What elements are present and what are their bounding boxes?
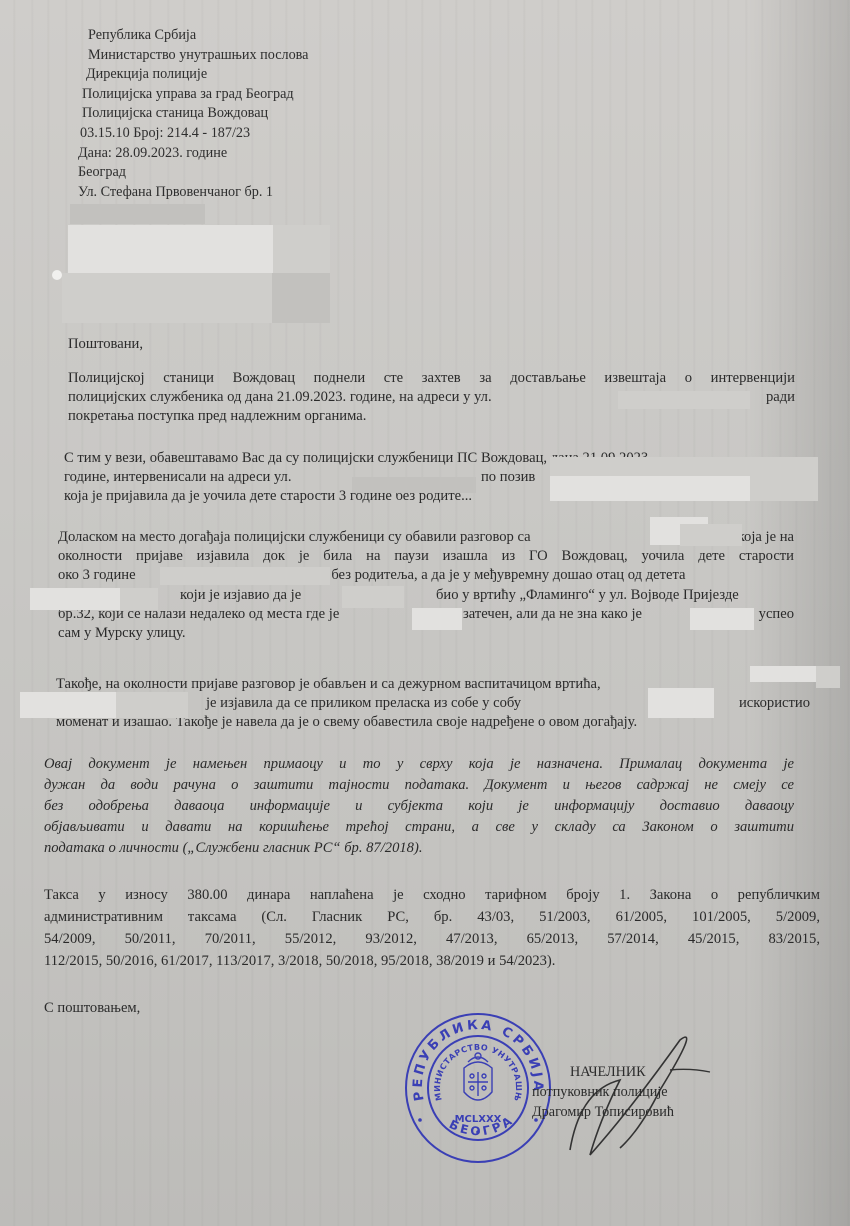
stamp-numeral: MCLXXX [455, 1114, 502, 1125]
letterhead-city: Београд [78, 163, 308, 183]
closing: С поштовањем, [44, 1000, 140, 1017]
fee-paragraph: Такса у износу 380.00 динара наплаћена ј… [44, 884, 820, 972]
privacy-notice: Овај документ је намењен примаоцу и то у… [44, 754, 794, 859]
letterhead-line: Дирекција полиције [78, 65, 308, 85]
letterhead-line: Полицијска управа за град Београд [78, 85, 308, 105]
signature-block: НАЧЕЛНИК потпуковник полиције Драгомир Т… [532, 1062, 674, 1122]
letterhead-line: Министарство унутрашњих послова [78, 46, 308, 66]
salutation: Поштовани, [68, 336, 143, 353]
letterhead: Република Србија Министарство унутрашњих… [78, 26, 308, 202]
scanned-letter-page: Република Србија Министарство унутрашњих… [0, 0, 850, 1226]
letterhead-address: Ул. Стефана Првовенчаног бр. 1 [78, 183, 308, 203]
signatory-title: НАЧЕЛНИК [532, 1062, 674, 1082]
letterhead-line: Република Србија [78, 26, 308, 46]
address-redaction [618, 391, 750, 409]
reference-number: 03.15.10 Број: 214.4 - 187/23 [78, 124, 308, 144]
document-date: Дана: 28.09.2023. године [78, 144, 308, 164]
signatory-name: Драгомир Тописировић [532, 1102, 674, 1122]
coat-of-arms-icon [464, 1053, 492, 1100]
letterhead-line: Полицијска станица Вождовац [78, 104, 308, 124]
signatory-rank: потпуковник полиције [532, 1082, 674, 1102]
